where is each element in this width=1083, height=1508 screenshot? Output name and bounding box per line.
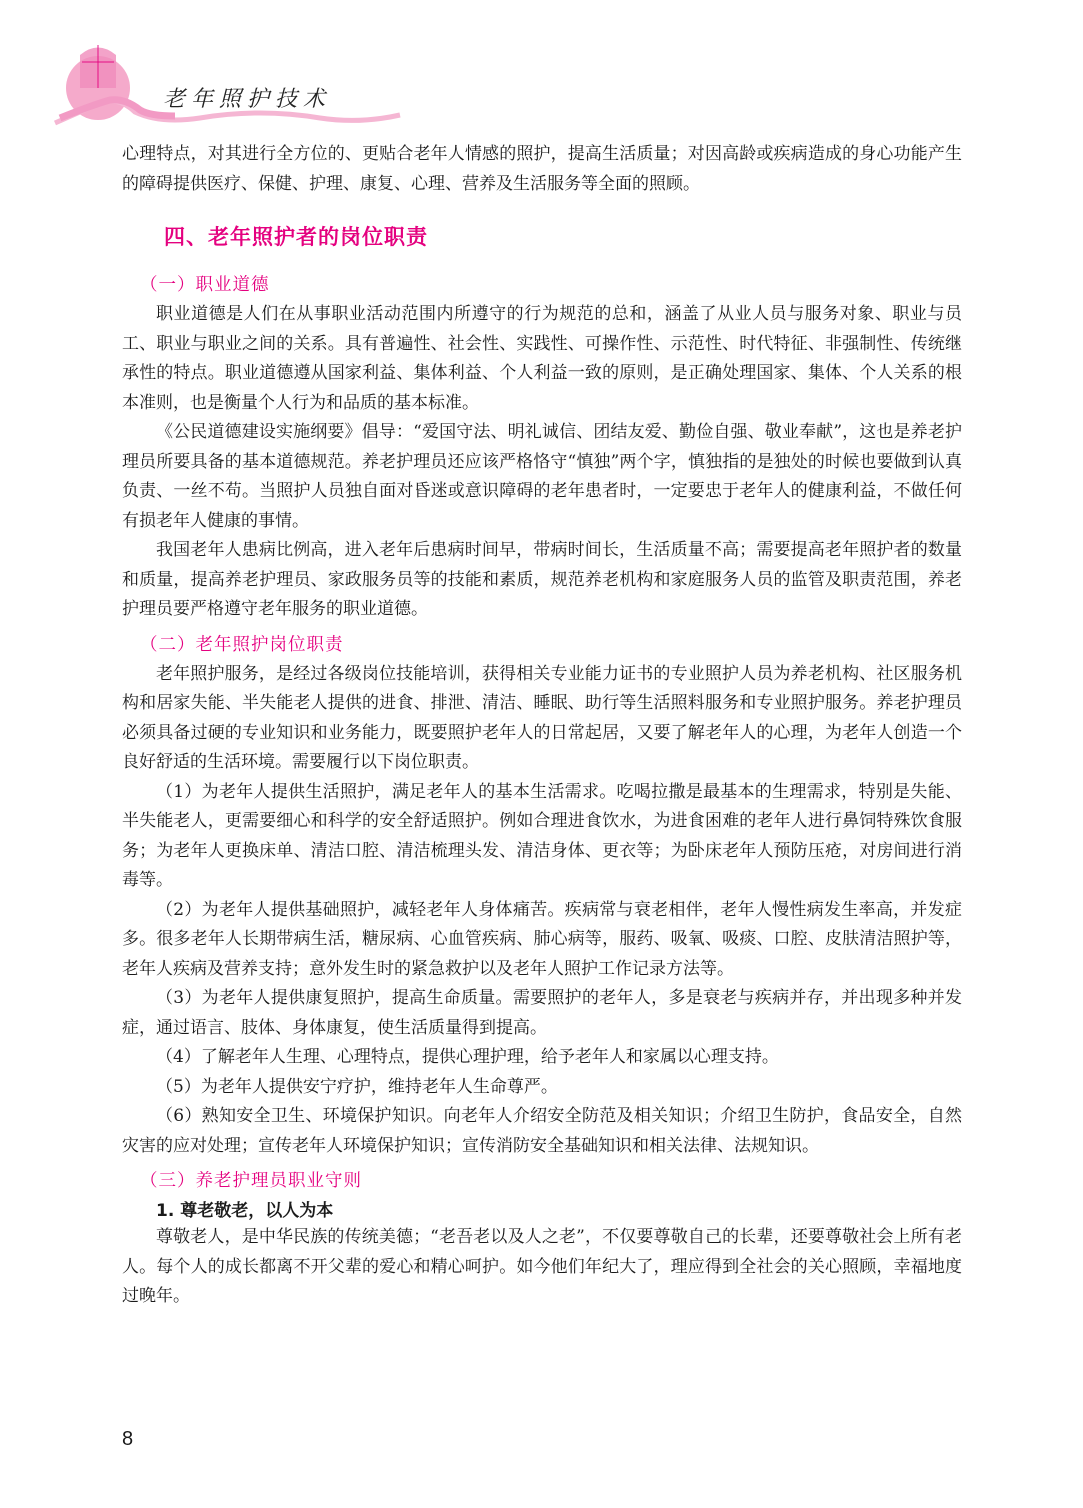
book-title: 老年照护技术 (163, 82, 331, 113)
duty-item-1: （1）为老年人提供生活照护，满足老年人的基本生活需求。吃喝拉撒是最基本的生理需求… (122, 778, 962, 896)
duty-item-5: （5）为老年人提供安宁疗护，维持老年人生命尊严。 (122, 1073, 962, 1103)
duty-item-2: （2）为老年人提供基础照护，减轻老年人身体痛苦。疾病常与衰老相伴，老年人慢性病发… (122, 896, 962, 985)
duty-item-4: （4）了解老年人生理、心理特点，提供心理护理，给予老年人和家属以心理支持。 (122, 1043, 962, 1073)
duty-item-3: （3）为老年人提供康复照护，提高生命质量。需要照护的老年人，多是衰老与疾病并存，… (122, 984, 962, 1043)
subsection-title-1: （一）职业道德 (140, 271, 962, 296)
paragraph: 我国老年人患病比例高，进入老年后患病时间早，带病时间长，生活质量不高；需要提高老… (122, 536, 962, 625)
paragraph: 老年照护服务，是经过各级岗位技能培训，获得相关专业能力证书的专业照护人员为养老机… (122, 660, 962, 778)
page-content: 心理特点，对其进行全方位的、更贴合老年人情感的照护，提高生活质量；对因高龄或疾病… (122, 140, 962, 1312)
paragraph: 《公民道德建设实施纲要》倡导：“爱国守法、明礼诚信、团结友爱、勤俭自强、敬业奉献… (122, 418, 962, 536)
rule-title-1: 1. 尊老敬老，以人为本 (156, 1196, 962, 1221)
running-header: 老年照护技术 (0, 0, 1083, 135)
subsection-title-3: （三）养老护理员职业守则 (140, 1167, 962, 1192)
duty-item-6: （6）熟知安全卫生、环境保护知识。向老年人介绍安全防范及相关知识；介绍卫生防护，… (122, 1102, 962, 1161)
page-number: 8 (122, 1428, 133, 1451)
paragraph: 尊敬老人，是中华民族的传统美德；“老吾老以及人之老”，不仅要尊敬自己的长辈，还要… (122, 1223, 962, 1312)
header-decoration-icon (0, 0, 1083, 135)
section-title: 四、老年照护者的岗位职责 (164, 221, 962, 251)
intro-paragraph: 心理特点，对其进行全方位的、更贴合老年人情感的照护，提高生活质量；对因高龄或疾病… (122, 140, 962, 199)
subsection-title-2: （二）老年照护岗位职责 (140, 631, 962, 656)
paragraph: 职业道德是人们在从事职业活动范围内所遵守的行为规范的总和，涵盖了从业人员与服务对… (122, 300, 962, 418)
